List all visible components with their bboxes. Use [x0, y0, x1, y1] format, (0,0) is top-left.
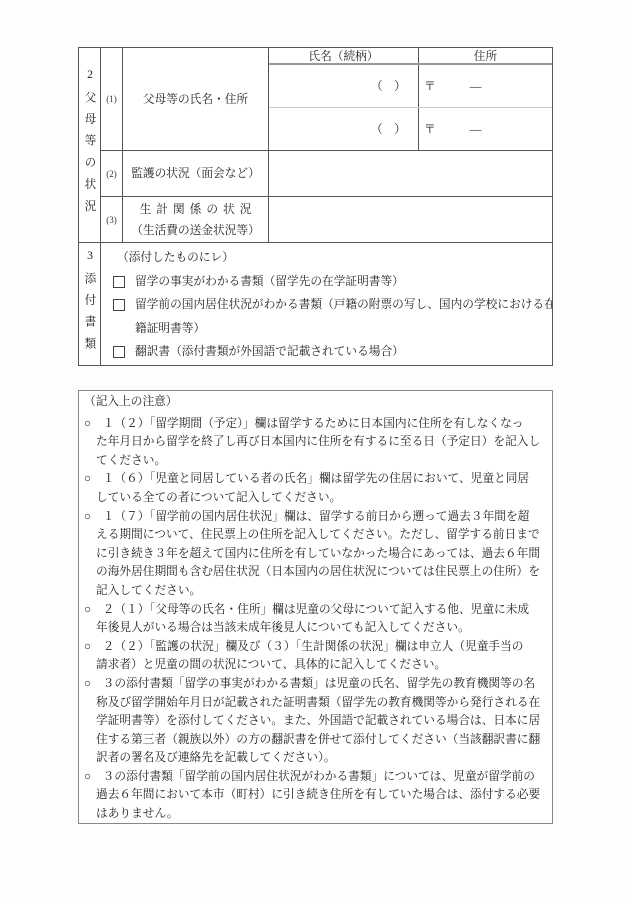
address-header: 住所	[419, 48, 552, 63]
document-page: 2父母等の状況 (1) 父母等の氏名・住所 氏名（続柄） 住所	[0, 0, 630, 903]
postal-dash: ―	[470, 80, 482, 93]
section-2-parents-status: 2父母等の状況 (1) 父母等の氏名・住所 氏名（続柄） 住所	[79, 48, 552, 243]
section-2-title: 父母等の状況	[84, 91, 97, 221]
note-item-1: ○ １（２）「留学期間（予定）」欄は留学するために日本国内に住所を有しなくなっ …	[84, 415, 546, 471]
parent-1-address-cell[interactable]: 〒 ―	[419, 65, 552, 107]
section-2-number: 2	[84, 68, 97, 91]
row-2-label: 監護の状況（面会など）	[123, 151, 269, 196]
checkbox-study-proof-label: 留学の事実がわかる書類（留学先の在学証明書等）	[135, 270, 404, 294]
attachment-instruction: （添付したものにレ）	[113, 246, 546, 270]
row-custody-status: (2) 監護の状況（面会など）	[101, 151, 552, 197]
row-livelihood-status: (3) 生計関係の状況 （生活費の送金状況等）	[101, 197, 552, 242]
row-parents-name-address: (1) 父母等の氏名・住所 氏名（続柄） 住所 （ ）	[101, 48, 552, 151]
postal-dash: ―	[470, 123, 482, 136]
notes-title: （記入上の注意）	[84, 393, 546, 412]
postal-mark: 〒	[424, 121, 436, 137]
note-item-3: ○ １（７）「留学前の国内居住状況」欄は、留学する前日から遡って過去３年間を超 …	[84, 508, 546, 601]
checkbox-residence-proof-label: 留学前の国内居住状況がわかる書類（戸籍の附票の写し、国内の学校における在 籍証明…	[135, 293, 552, 340]
parent-2-address-cell[interactable]: 〒 ―	[419, 108, 552, 150]
section-3-vertical-title: 3添付書類	[79, 243, 101, 365]
checkbox-translation[interactable]	[113, 346, 125, 358]
checkbox-item-translation: 翻訳書（添付書類が外国語で記載されている場合）	[113, 340, 546, 364]
row-2-index: (2)	[101, 151, 123, 196]
row-1-index: (1)	[101, 48, 123, 150]
row-3-label: 生計関係の状況 （生活費の送金状況等）	[123, 197, 269, 242]
name-header: 氏名（続柄）	[269, 48, 419, 63]
name-address-header-row: 氏名（続柄） 住所	[269, 48, 552, 65]
relation-parens: （ ）	[371, 121, 406, 137]
note-item-2: ○ １（６）「児童と同居している者の氏名」欄は留学先の住居において、児童と同居 …	[84, 470, 546, 507]
note-item-6: ○ ３の添付書類「留学の事実がわかる書類」は児童の氏名、留学先の教育機関等の名 …	[84, 675, 546, 768]
checkbox-item-study-proof: 留学の事実がわかる書類（留学先の在学証明書等）	[113, 270, 546, 294]
postal-mark: 〒	[424, 78, 436, 94]
parents-and-documents-table: 2父母等の状況 (1) 父母等の氏名・住所 氏名（続柄） 住所	[78, 47, 553, 366]
checkbox-study-proof[interactable]	[113, 276, 125, 288]
section-3-number: 3	[84, 249, 97, 272]
row-3-index: (3)	[101, 197, 123, 242]
relation-parens: （ ）	[371, 78, 406, 94]
checkbox-residence-proof[interactable]	[113, 299, 125, 311]
note-item-5: ○ ２（２）「監護の状況」欄及び（３）「生計関係の状況」欄は申立人（児童手当の …	[84, 638, 546, 675]
section-2-vertical-title: 2父母等の状況	[79, 48, 101, 242]
note-item-7: ○ ３の添付書類「留学前の国内居住状況がわかる書類」については、児童が留学前の …	[84, 768, 546, 824]
parent-2-name-relation-cell[interactable]: （ ）	[269, 108, 419, 150]
livelihood-status-input-cell[interactable]	[269, 197, 552, 242]
row-1-label: 父母等の氏名・住所	[123, 48, 269, 150]
custody-status-input-cell[interactable]	[269, 151, 552, 196]
section-3-attached-documents: 3添付書類 （添付したものにレ） 留学の事実がわかる書類（留学先の在学証明書等）…	[79, 243, 552, 365]
parent-1-name-relation-cell[interactable]: （ ）	[269, 65, 419, 107]
checkbox-translation-label: 翻訳書（添付書類が外国語で記載されている場合）	[135, 340, 404, 364]
note-item-4: ○ ２（１）「父母等の氏名・住所」欄は児童の父母について記入する他、児童に未成 …	[84, 601, 546, 638]
checkbox-item-residence-proof: 留学前の国内居住状況がわかる書類（戸籍の附票の写し、国内の学校における在 籍証明…	[113, 293, 546, 340]
section-3-title: 添付書類	[84, 272, 97, 359]
notes-box: （記入上の注意） ○ １（２）「留学期間（予定）」欄は留学するために日本国内に住…	[78, 390, 553, 824]
